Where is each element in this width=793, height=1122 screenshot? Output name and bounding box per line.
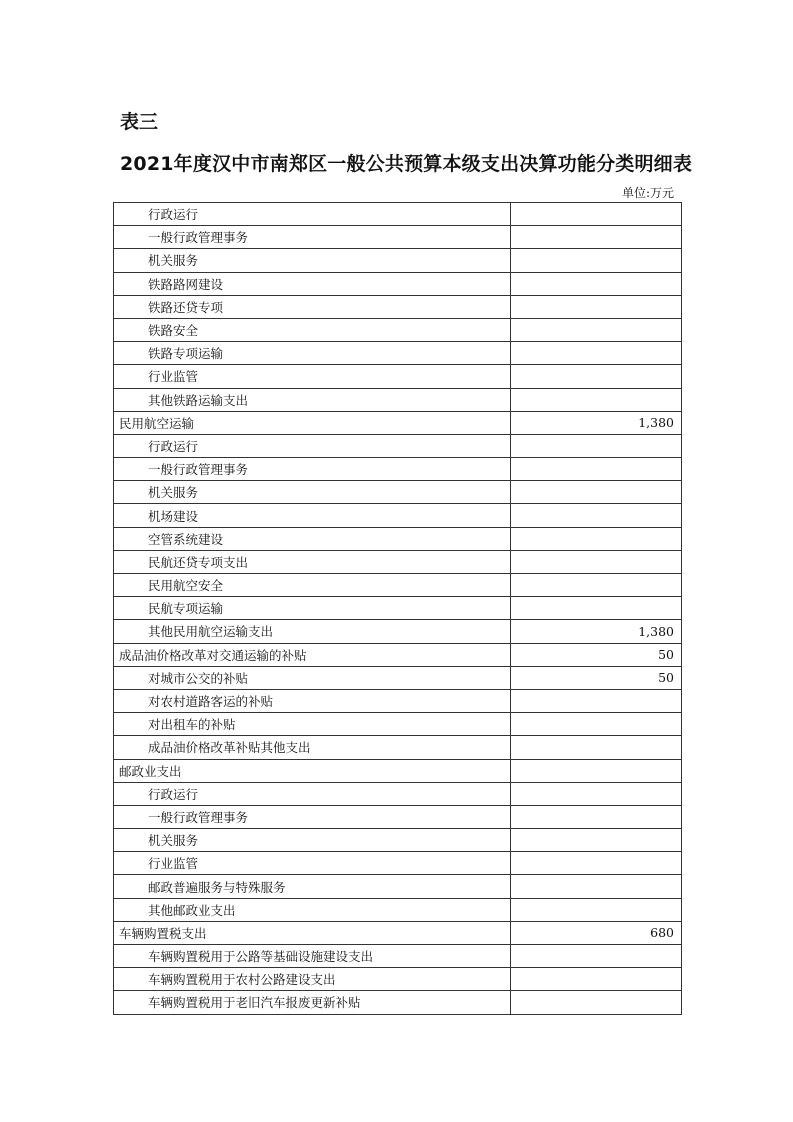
item-name-cell: 对城市公交的补贴 <box>114 666 511 689</box>
table-row: 铁路专项运输 <box>114 342 682 365</box>
item-value-cell <box>511 318 682 341</box>
table-row: 民航专项运输 <box>114 597 682 620</box>
item-value-cell <box>511 805 682 828</box>
item-value-cell: 1,380 <box>511 620 682 643</box>
table-row: 铁路安全 <box>114 318 682 341</box>
item-value-cell <box>511 481 682 504</box>
table-row: 行业监管 <box>114 852 682 875</box>
item-name-cell: 铁路还贷专项 <box>114 295 511 318</box>
item-value-cell <box>511 527 682 550</box>
item-name-cell: 其他铁路运输支出 <box>114 388 511 411</box>
document-title: 2021年度汉中市南郑区一般公共预算本级支出决算功能分类明细表 <box>120 149 692 176</box>
item-name-cell: 成品油价格改革补贴其他支出 <box>114 736 511 759</box>
table-row: 机关服务 <box>114 249 682 272</box>
item-value-cell <box>511 689 682 712</box>
table-row: 行政运行 <box>114 203 682 226</box>
table-row: 邮政普遍服务与特殊服务 <box>114 875 682 898</box>
table-row: 机关服务 <box>114 481 682 504</box>
item-value-cell <box>511 829 682 852</box>
table-row: 成品油价格改革补贴其他支出 <box>114 736 682 759</box>
table-row: 行政运行 <box>114 782 682 805</box>
item-name-cell: 行业监管 <box>114 365 511 388</box>
item-value-cell: 1,380 <box>511 411 682 434</box>
item-value-cell <box>511 434 682 457</box>
item-name-cell: 民航还贷专项支出 <box>114 550 511 573</box>
item-name-cell: 铁路路网建设 <box>114 272 511 295</box>
item-name-cell: 成品油价格改革对交通运输的补贴 <box>114 643 511 666</box>
table-row: 机关服务 <box>114 829 682 852</box>
item-name-cell: 民用航空运输 <box>114 411 511 434</box>
table-row: 民用航空运输1,380 <box>114 411 682 434</box>
item-name-cell: 行业监管 <box>114 852 511 875</box>
item-value-cell <box>511 295 682 318</box>
item-name-cell: 一般行政管理事务 <box>114 458 511 481</box>
table-row: 铁路路网建设 <box>114 272 682 295</box>
item-value-cell <box>511 365 682 388</box>
item-name-cell: 机关服务 <box>114 829 511 852</box>
unit-label: 单位:万元 <box>622 184 674 201</box>
item-value-cell <box>511 226 682 249</box>
table-row: 民航还贷专项支出 <box>114 550 682 573</box>
item-name-cell: 行政运行 <box>114 203 511 226</box>
item-value-cell <box>511 249 682 272</box>
table-row: 一般行政管理事务 <box>114 226 682 249</box>
item-value-cell <box>511 945 682 968</box>
item-name-cell: 铁路安全 <box>114 318 511 341</box>
item-name-cell: 对农村道路客运的补贴 <box>114 689 511 712</box>
item-name-cell: 对出租车的补贴 <box>114 713 511 736</box>
table-row: 成品油价格改革对交通运输的补贴50 <box>114 643 682 666</box>
item-value-cell <box>511 968 682 991</box>
item-value-cell <box>511 458 682 481</box>
table-row: 其他民用航空运输支出1,380 <box>114 620 682 643</box>
item-name-cell: 机关服务 <box>114 249 511 272</box>
item-name-cell: 车辆购置税支出 <box>114 921 511 944</box>
item-name-cell: 铁路专项运输 <box>114 342 511 365</box>
table-row: 行业监管 <box>114 365 682 388</box>
table-row: 其他铁路运输支出 <box>114 388 682 411</box>
item-name-cell: 民用航空安全 <box>114 574 511 597</box>
table-row: 民用航空安全 <box>114 574 682 597</box>
item-value-cell <box>511 898 682 921</box>
item-value-cell <box>511 388 682 411</box>
table-row: 车辆购置税用于老旧汽车报废更新补贴 <box>114 991 682 1014</box>
table-row: 车辆购置税用于农村公路建设支出 <box>114 968 682 991</box>
item-value-cell <box>511 713 682 736</box>
item-name-cell: 行政运行 <box>114 434 511 457</box>
item-value-cell <box>511 550 682 573</box>
expenditure-table: 行政运行一般行政管理事务机关服务铁路路网建设铁路还贷专项铁路安全铁路专项运输行业… <box>113 202 682 1015</box>
item-value-cell <box>511 875 682 898</box>
table-row: 对城市公交的补贴50 <box>114 666 682 689</box>
table-row: 一般行政管理事务 <box>114 805 682 828</box>
item-value-cell <box>511 597 682 620</box>
table-label: 表三 <box>120 107 158 134</box>
item-name-cell: 车辆购置税用于公路等基础设施建设支出 <box>114 945 511 968</box>
item-value-cell <box>511 736 682 759</box>
item-value-cell <box>511 852 682 875</box>
item-value-cell <box>511 504 682 527</box>
table-row: 其他邮政业支出 <box>114 898 682 921</box>
item-value-cell <box>511 342 682 365</box>
item-name-cell: 其他邮政业支出 <box>114 898 511 921</box>
item-name-cell: 邮政业支出 <box>114 759 511 782</box>
item-name-cell: 一般行政管理事务 <box>114 226 511 249</box>
item-name-cell: 邮政普遍服务与特殊服务 <box>114 875 511 898</box>
item-value-cell: 50 <box>511 643 682 666</box>
item-value-cell <box>511 759 682 782</box>
item-name-cell: 车辆购置税用于老旧汽车报废更新补贴 <box>114 991 511 1014</box>
table-row: 对出租车的补贴 <box>114 713 682 736</box>
table-body: 行政运行一般行政管理事务机关服务铁路路网建设铁路还贷专项铁路安全铁路专项运输行业… <box>114 203 682 1015</box>
item-name-cell: 民航专项运输 <box>114 597 511 620</box>
table-row: 对农村道路客运的补贴 <box>114 689 682 712</box>
table-row: 机场建设 <box>114 504 682 527</box>
item-value-cell <box>511 991 682 1014</box>
item-value-cell <box>511 782 682 805</box>
item-value-cell <box>511 574 682 597</box>
table-row: 一般行政管理事务 <box>114 458 682 481</box>
table-row: 邮政业支出 <box>114 759 682 782</box>
table-row: 车辆购置税支出680 <box>114 921 682 944</box>
item-value-cell: 50 <box>511 666 682 689</box>
table-row: 铁路还贷专项 <box>114 295 682 318</box>
item-name-cell: 机关服务 <box>114 481 511 504</box>
table-row: 行政运行 <box>114 434 682 457</box>
item-name-cell: 行政运行 <box>114 782 511 805</box>
item-value-cell: 680 <box>511 921 682 944</box>
item-name-cell: 其他民用航空运输支出 <box>114 620 511 643</box>
item-name-cell: 空管系统建设 <box>114 527 511 550</box>
item-name-cell: 车辆购置税用于农村公路建设支出 <box>114 968 511 991</box>
item-name-cell: 机场建设 <box>114 504 511 527</box>
table-row: 车辆购置税用于公路等基础设施建设支出 <box>114 945 682 968</box>
item-value-cell <box>511 272 682 295</box>
item-value-cell <box>511 203 682 226</box>
table-row: 空管系统建设 <box>114 527 682 550</box>
item-name-cell: 一般行政管理事务 <box>114 805 511 828</box>
